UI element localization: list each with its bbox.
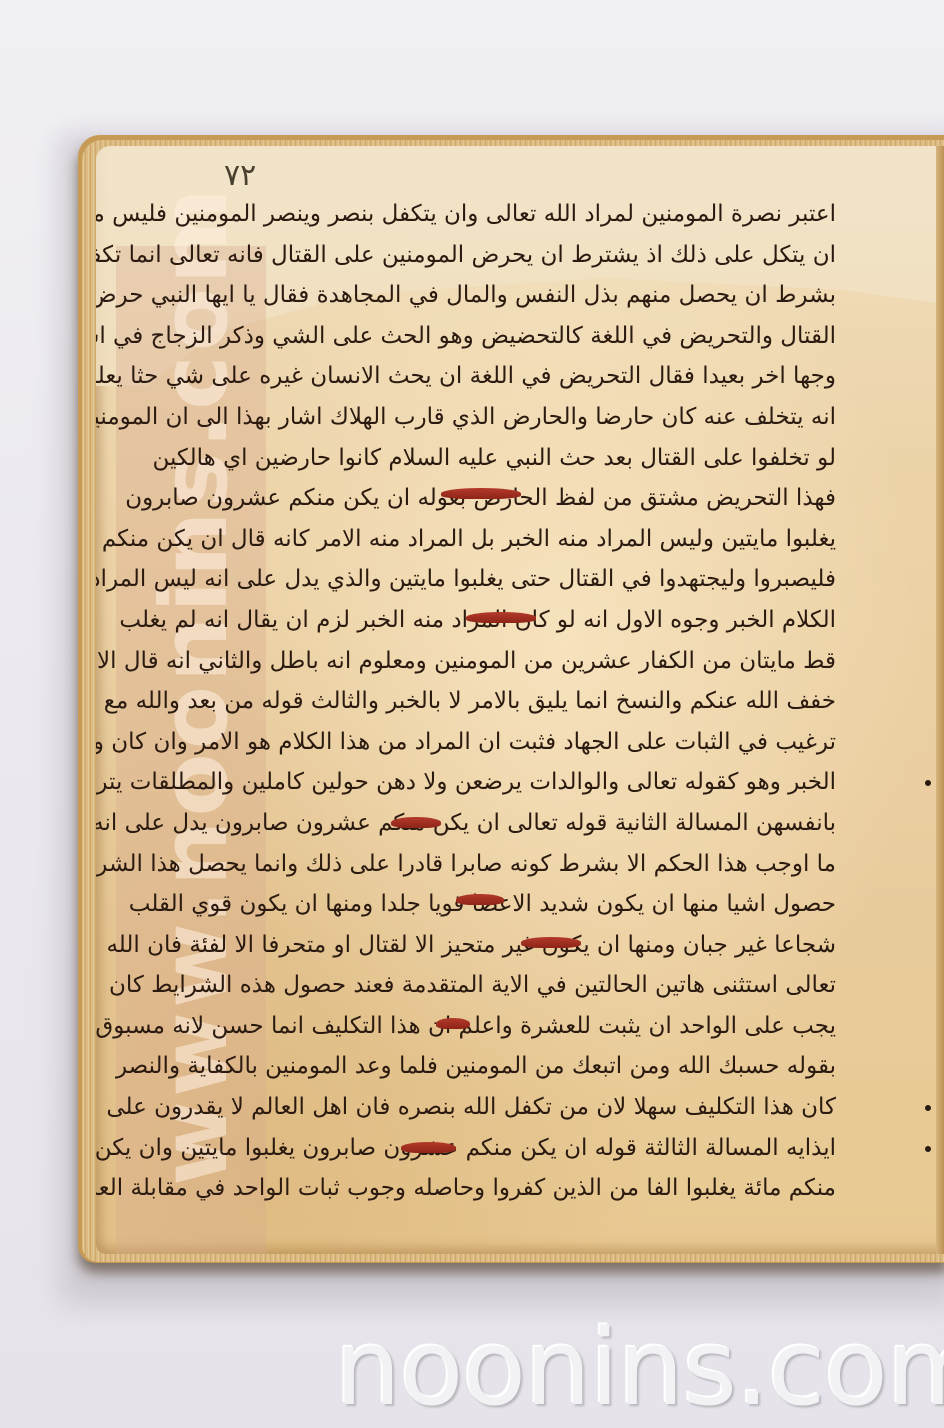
rubric-overline [401, 1142, 456, 1153]
text-line: تعالى استثنى هاتين الحالتين في الاية الم… [191, 965, 836, 1006]
text-line: حصول اشيا منها ان يكون شديد الاعضا قويا … [191, 884, 836, 925]
margin-dot [925, 1146, 931, 1152]
text-line: بقوله حسبك الله ومن اتبعك من المومنين فل… [191, 1046, 836, 1087]
text-line: اعتبر نصرة المومنين لمراد الله تعالى وان… [191, 194, 836, 235]
manuscript-page: www.noonins.com © ٧٢ اعتبر نصرة المومنين… [96, 146, 944, 1254]
text-line: بانفسهن المسالة الثانية قوله تعالى ان يك… [191, 803, 836, 844]
text-line: ترغيب في الثبات على الجهاد فثبت ان المرا… [191, 722, 836, 763]
text-line: فليصبروا وليجتهدوا في القتال حتى يغلبوا … [191, 559, 836, 600]
rubric-overline [441, 488, 521, 499]
text-line: يغلبوا مايتين وليس المراد منه الخبر بل ا… [191, 519, 836, 560]
text-line: لو تخلفوا على القتال بعد حث النبي عليه ا… [191, 438, 836, 479]
rubric-overline [466, 612, 536, 623]
text-line: الخبر وهو كقوله تعالى والوالدات يرضعن ول… [191, 762, 836, 803]
text-line: الكلام الخبر وجوه الاول انه لو كان المرا… [191, 600, 836, 641]
folio-number: ٧٢ [224, 158, 256, 193]
rubric-overline [391, 817, 441, 828]
margin-dot [925, 1105, 931, 1111]
text-line: شجاعا غير جبان ومنها ان يكون غير متحيز ا… [191, 925, 836, 966]
text-line: ايذايه المسالة الثالثة قوله ان يكن منكم … [191, 1128, 836, 1169]
margin-dot [925, 780, 931, 786]
text-line: خفف الله عنكم والنسخ انما يليق بالامر لا… [191, 681, 836, 722]
page-right-edge [936, 146, 944, 1254]
rubric-overline [456, 894, 504, 905]
text-line: وجها اخر بعيدا فقال التحريض في اللغة ان … [191, 356, 836, 397]
text-line: فهذا التحريض مشتق من لفظ الحارض بعوله ان… [191, 478, 836, 519]
manuscript-text-block: اعتبر نصرة المومنين لمراد الله تعالى وان… [191, 194, 836, 1209]
text-line: ما اوجب هذا الحكم الا بشرط كونه صابرا قا… [191, 844, 836, 885]
text-line: بشرط ان يحصل منهم بذل النفس والمال في ال… [191, 275, 836, 316]
text-line: قط مايتان من الكفار عشرين من المومنين وم… [191, 641, 836, 682]
watermark-bottom: noonins.com [335, 1318, 944, 1418]
rubric-overline [521, 937, 581, 948]
text-line: القتال والتحريض في اللغة كالتحضيض وهو ال… [191, 316, 836, 357]
text-line: يجب على الواحد ان يثبت للعشرة واعلم ان ه… [191, 1006, 836, 1047]
text-line: كان هذا التكليف سهلا لان من تكفل الله بن… [191, 1087, 836, 1128]
text-line: ان يتكل على ذلك اذ يشترط ان يحرض المومني… [191, 235, 836, 276]
text-line: انه يتخلف عنه كان حارضا والحارض الذي قار… [191, 397, 836, 438]
rubric-overline [436, 1018, 470, 1029]
text-line: منكم مائة يغلبوا الفا من الذين كفروا وحا… [191, 1168, 836, 1209]
